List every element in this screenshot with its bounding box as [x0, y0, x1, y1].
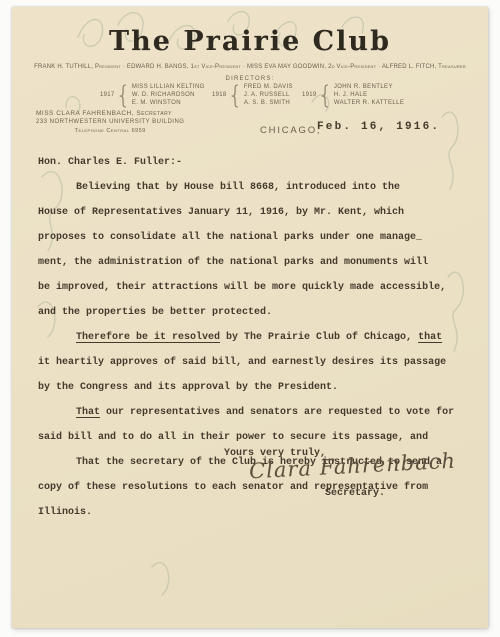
signature-title: Secretary. — [325, 488, 385, 499]
director-name: FRED M. DAVIS — [244, 83, 293, 91]
brace-glyph: { — [318, 82, 333, 107]
director-name: E. M. WINSTON — [132, 99, 205, 107]
body-line: by the Congress and its approval by the … — [38, 375, 478, 400]
typed-text: proposes to consolidate all the national… — [38, 232, 422, 243]
director-name: MISS LILLIAN KELTING — [132, 83, 205, 91]
typed-text: it heartily approves of said bill, and e… — [38, 357, 446, 368]
photo-background: The Prairie Club FRANK H. TUTHILL, Presi… — [0, 0, 500, 637]
typed-text: ment, the administration of the national… — [38, 257, 428, 268]
director-term-year: 1918 — [212, 92, 227, 98]
director-name: H. J. HALE — [334, 91, 404, 99]
director-term-year: 1917 — [100, 92, 115, 98]
typed-text: by The Prairie Club of Chicago, — [220, 332, 418, 343]
typed-text: House of Representatives January 11, 191… — [38, 207, 404, 218]
salutation: Hon. Charles E. Fuller:- — [38, 150, 478, 175]
directors-heading: DIRECTORS: — [12, 76, 488, 82]
director-group: 1919{JOHN R. BENTLEYH. J. HALEWALTER R. … — [302, 83, 404, 107]
director-group: 1917{MISS LILLIAN KELTINGW. D. RICHARDSO… — [100, 83, 205, 107]
body-line: it heartily approves of said bill, and e… — [38, 350, 478, 375]
underlined-text: that — [418, 332, 442, 343]
body-line: Therefore be it resolved by The Prairie … — [38, 325, 478, 350]
city-label: CHICAGO, — [260, 125, 321, 136]
officers-line: FRANK H. TUTHILL, President · EDWARD H. … — [12, 64, 488, 70]
director-name: W. D. RICHARDSON — [132, 91, 205, 99]
typed-text: by the Congress and its approval by the … — [38, 382, 338, 393]
director-names: MISS LILLIAN KELTINGW. D. RICHARDSONE. M… — [132, 83, 205, 107]
secretary-telephone: Telephone Central 6959 — [36, 128, 184, 134]
director-name: J. A. RUSSELL — [244, 91, 293, 99]
brace-glyph: { — [228, 82, 243, 107]
typed-text: Illinois. — [38, 507, 92, 518]
typed-text: Believing that by House bill 8668, intro… — [76, 182, 400, 193]
body-line: said bill and to do all in their power t… — [38, 425, 478, 450]
director-name: JOHN R. BENTLEY — [334, 83, 404, 91]
body-line: That our representatives and senators ar… — [38, 400, 478, 425]
secretary-address: 233 NORTHWESTERN UNIVERSITY BUILDING — [36, 119, 184, 125]
body-line: Believing that by House bill 8668, intro… — [38, 175, 478, 200]
typed-text: and the properties be better protected. — [38, 307, 272, 318]
letter-paper: The Prairie Club FRANK H. TUTHILL, Presi… — [12, 7, 488, 628]
director-term-year: 1919 — [302, 92, 317, 98]
director-names: JOHN R. BENTLEYH. J. HALEWALTER R. KATTE… — [334, 83, 404, 107]
directors-list: 1917{MISS LILLIAN KELTINGW. D. RICHARDSO… — [12, 83, 488, 113]
director-name: WALTER R. KATTELLE — [334, 99, 404, 107]
club-name: The Prairie Club — [12, 26, 488, 57]
typed-text: said bill and to do all in their power t… — [38, 432, 428, 443]
director-name: A. S. B. SMITH — [244, 99, 293, 107]
director-names: FRED M. DAVISJ. A. RUSSELLA. S. B. SMITH — [244, 83, 293, 107]
body-line: Illinois. — [38, 500, 478, 525]
secretary-name: MISS CLARA FAHRENBACH, Secretary — [36, 110, 184, 117]
underlined-text: That — [76, 407, 100, 418]
secretary-block: MISS CLARA FAHRENBACH, Secretary 233 NOR… — [36, 110, 184, 134]
body-line: proposes to consolidate all the national… — [38, 225, 478, 250]
letter-date: Feb. 16, 1916. — [317, 121, 440, 133]
body-line: and the properties be better protected. — [38, 300, 478, 325]
typed-text: be improved, their attractions will be m… — [38, 282, 446, 293]
brace-glyph: { — [116, 82, 131, 107]
underlined-text: Therefore be it resolved — [76, 332, 220, 343]
director-group: 1918{FRED M. DAVISJ. A. RUSSELLA. S. B. … — [212, 83, 293, 107]
body-line: be improved, their attractions will be m… — [38, 275, 478, 300]
typed-text: our representatives and senators are req… — [100, 407, 454, 418]
body-line: House of Representatives January 11, 191… — [38, 200, 478, 225]
body-line: ment, the administration of the national… — [38, 250, 478, 275]
